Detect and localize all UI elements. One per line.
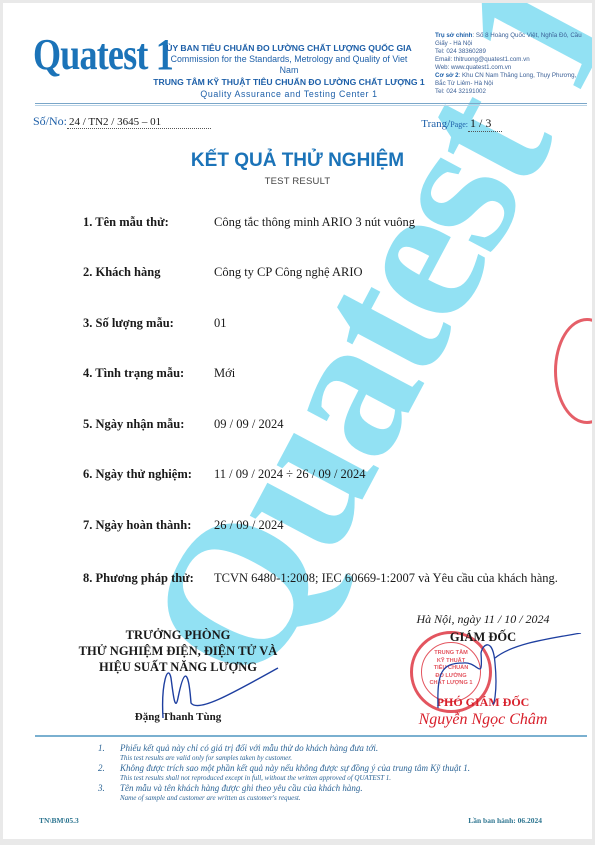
right-role: GIÁM ĐỐC — [398, 630, 568, 645]
issue-version: Lần ban hành: 06.2024 — [468, 816, 542, 825]
document-number: Số/No:24 / TN2 / 3645 – 01 — [33, 114, 211, 129]
branch2-tel: Tel: 024 32191002 — [435, 88, 587, 96]
left-title-1: TRƯỞNG PHÒNG — [63, 627, 293, 643]
signing-date: Hà Nội, ngày 11 / 10 / 2024 — [398, 612, 568, 627]
org-line-2: Commission for the Standards, Metrology … — [160, 54, 418, 76]
field-test-date: 6. Ngày thử nghiệm:11 / 09 / 2024 ÷ 26 /… — [83, 467, 366, 482]
field-completion-date: 7. Ngày hoàn thành:26 / 09 / 2024 — [83, 518, 283, 533]
number-label: Số/No: — [33, 114, 67, 128]
org-line-1: ỦY BAN TIÊU CHUẨN ĐO LƯỜNG CHẤT LƯỢNG QU… — [149, 43, 429, 53]
website: Web: www.quatest1.com.vn — [435, 64, 587, 72]
page-value: 1 / 3 — [468, 116, 502, 132]
document-subtitle: TEST RESULT — [3, 176, 592, 187]
org-line-4: Quality Assurance and Testing Center 1 — [149, 89, 429, 99]
deputy-title: PHÓ GIÁM ĐỐC — [398, 695, 568, 710]
note-item: 3. Tên mẫu và tên khách hàng được ghi th… — [98, 783, 568, 803]
field-received-date: 5. Ngày nhận mẫu:09 / 09 / 2024 — [83, 417, 283, 432]
field-sample-name: 1. Tên mẫu thử:Công tắc thông minh ARIO … — [83, 215, 415, 230]
page-number: Trang/Page:1 / 3 — [421, 116, 502, 132]
left-signer-name: Đặng Thanh Tùng — [63, 709, 293, 725]
hq-label: Trụ sở chính — [435, 32, 472, 39]
stamp-edge-mark — [554, 318, 592, 424]
number-value: 24 / TN2 / 3645 – 01 — [67, 116, 211, 129]
signature-block-left: TRƯỞNG PHÒNG THỬ NGHIỆM ĐIỆN, ĐIỆN TỬ VÀ… — [63, 627, 293, 725]
notes-list: 1. Phiếu kết quả này chỉ có giá trị đối … — [98, 743, 568, 803]
form-code: TN\BM\05.3 — [39, 816, 79, 825]
email: Email: thitruong@quatest1.com.vn — [435, 56, 587, 64]
field-condition: 4. Tình trạng mẫu:Mới — [83, 366, 235, 381]
field-test-method: 8. Phương pháp thử:TCVN 6480-1:2008; IEC… — [83, 571, 558, 586]
note-item: 1. Phiếu kết quả này chỉ có giá trị đối … — [98, 743, 568, 763]
header-divider — [35, 103, 587, 104]
notes-divider — [35, 735, 587, 737]
signature-block-right: Hà Nội, ngày 11 / 10 / 2024 GIÁM ĐỐC PHÓ… — [398, 612, 568, 729]
page-label-en: Page: — [450, 120, 468, 129]
left-title-3: HIỆU SUẤT NĂNG LƯỢNG — [63, 659, 293, 675]
contact-block: Trụ sở chính: Số 8 Hoàng Quốc Việt, Nghĩ… — [435, 32, 587, 96]
test-result-document: Quatest 1 Quatest 1 ỦY BAN TIÊU CHUẨN ĐO… — [3, 3, 592, 839]
note-item: 2. Không được trích sao một phần kết quả… — [98, 763, 568, 783]
header-divider-2 — [35, 105, 587, 106]
left-title-2: THỬ NGHIỆM ĐIỆN, ĐIỆN TỬ VÀ — [63, 643, 293, 659]
page-label: Trang/ — [421, 118, 450, 130]
hq-tel: Tel: 024 38360289 — [435, 48, 587, 56]
right-signer-name: Nguyễn Ngọc Châm — [398, 711, 568, 729]
organization-header: ỦY BAN TIÊU CHUẨN ĐO LƯỜNG CHẤT LƯỢNG QU… — [149, 43, 429, 99]
org-line-3: TRUNG TÂM KỸ THUẬT TIÊU CHUẨN ĐO LƯỜNG C… — [149, 77, 429, 87]
branch2-label: Cơ sở 2 — [435, 72, 459, 79]
field-customer: 2. Khách hàngCông ty CP Công nghệ ARIO — [83, 265, 363, 280]
field-quantity: 3. Số lượng mẫu:01 — [83, 316, 227, 331]
document-title: KẾT QUẢ THỬ NGHIỆM — [3, 150, 592, 172]
